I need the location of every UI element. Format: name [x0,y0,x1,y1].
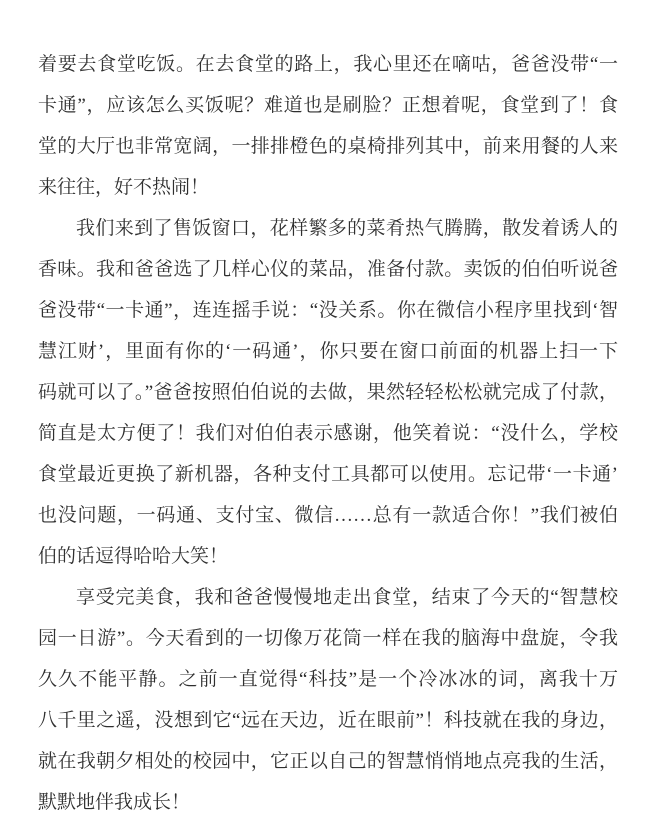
text-line: 简直是太方便了！我们对伯伯表示感谢，他笑着说：“没什么，学校 [38,413,618,454]
essay-body: 着要去食堂吃饭。在去食堂的路上，我心里还在嘀咕，爸爸没带“一卡通”，应该怎么买饭… [38,44,618,823]
text-line: 爸没带“一卡通”，连连摇手说：“没关系。你在微信小程序里找到‘智 [38,290,618,331]
text-line: 食堂最近更换了新机器，各种支付工具都可以使用。忘记带‘一卡通’ [38,454,618,495]
text-line: 就在我朝夕相处的校园中，它正以自己的智慧悄悄地点亮我的生活， [38,741,618,782]
text-line: 堂的大厅也非常宽阔，一排排橙色的桌椅排列其中，前来用餐的人来 [38,126,618,167]
text-line: 园一日游”。今天看到的一切像万花筒一样在我的脑海中盘旋，令我 [38,618,618,659]
text-line: 八千里之遥，没想到它“远在天边，近在眼前”！科技就在我的身边， [38,700,618,741]
text-line: 着要去食堂吃饭。在去食堂的路上，我心里还在嘀咕，爸爸没带“一 [38,44,618,85]
text-line: 也没问题，一码通、支付宝、微信……总有一款适合你！”我们被伯 [38,495,618,536]
text-line: 久久不能平静。之前一直觉得“科技”是一个冷冰冰的词，离我十万 [38,659,618,700]
text-line: 码就可以了。”爸爸按照伯伯说的去做，果然轻轻松松就完成了付款， [38,372,618,413]
text-line: 我们来到了售饭窗口，花样繁多的菜肴热气腾腾，散发着诱人的 [38,208,618,249]
text-line: 慧江财’，里面有你的‘一码通’，你只要在窗口前面的机器上扫一下 [38,331,618,372]
text-line: 伯的话逗得哈哈大笑！ [38,536,618,577]
document-page: 着要去食堂吃饭。在去食堂的路上，我心里还在嘀咕，爸爸没带“一卡通”，应该怎么买饭… [0,0,653,830]
text-line: 卡通”，应该怎么买饭呢？难道也是刷脸？正想着呢，食堂到了！食 [38,85,618,126]
text-line: 香味。我和爸爸选了几样心仪的菜品，准备付款。卖饭的伯伯听说爸 [38,249,618,290]
text-line: 默默地伴我成长！ [38,782,618,823]
text-line: 享受完美食，我和爸爸慢慢地走出食堂，结束了今天的“智慧校 [38,577,618,618]
text-line: 来往往，好不热闹！ [38,167,618,208]
